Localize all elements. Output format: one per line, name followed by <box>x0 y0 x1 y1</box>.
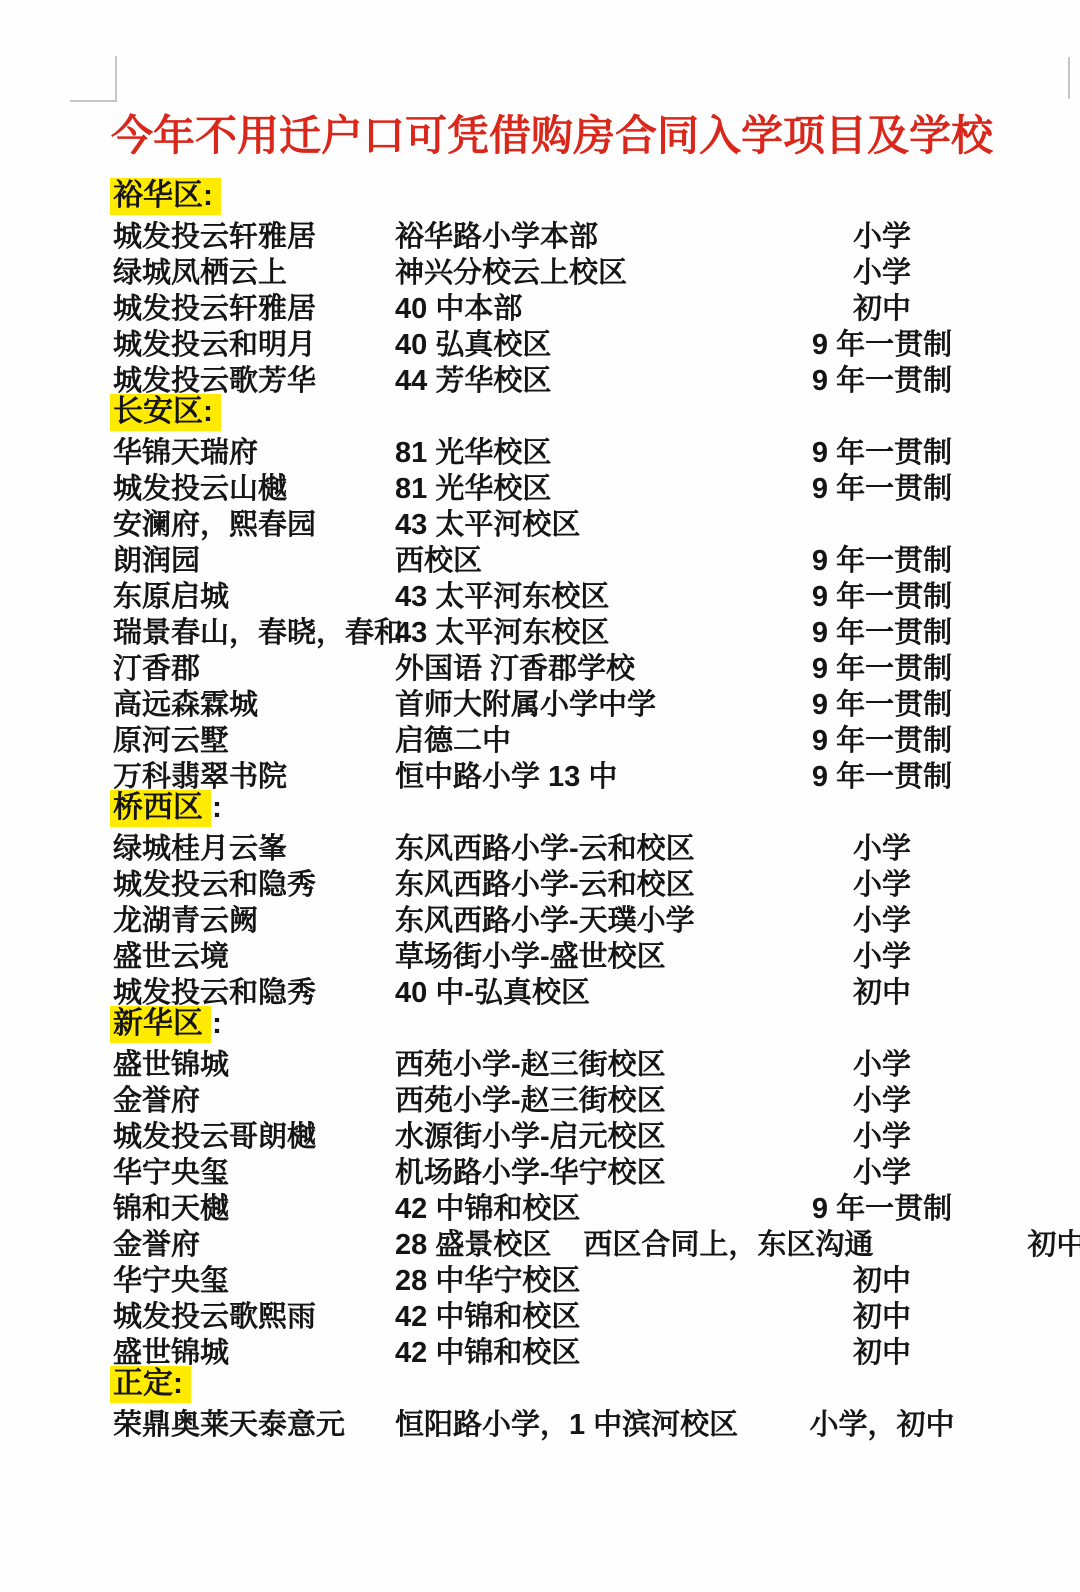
project-name: 城发投云和隐秀 <box>113 862 395 903</box>
school-name: 水源街小学-启元校区 <box>395 1114 776 1155</box>
school-type: 初中 <box>776 1294 988 1335</box>
school-type: 小学 <box>776 862 988 903</box>
project-name: 华锦天瑞府 <box>113 430 395 471</box>
project-name: 金誉府 <box>113 1078 395 1119</box>
school-name: 28 中华宁校区 <box>395 1258 776 1299</box>
school-type: 9 年一贯制 <box>776 574 988 615</box>
table-row: 城发投云和隐秀40 中-弘真校区初中 <box>113 970 988 1006</box>
section-header: 长安区: <box>113 394 988 430</box>
school-type: 9 年一贯制 <box>776 538 988 579</box>
project-name: 城发投云轩雅居 <box>113 214 395 255</box>
table-row: 盛世云境草场街小学-盛世校区小学 <box>113 934 988 970</box>
school-name: 神兴分校云上校区 <box>395 250 776 291</box>
section-name-colon: : <box>211 1007 222 1041</box>
school-name: 43 太平河校区 <box>395 502 776 543</box>
school-name: 42 中锦和校区 <box>395 1294 776 1335</box>
table-row: 城发投云山樾81 光华校区9 年一贯制 <box>113 466 988 502</box>
section-header: 新华区: <box>113 1006 988 1042</box>
table-row: 盛世锦城西苑小学-赵三街校区小学 <box>113 1042 988 1078</box>
school-name: 裕华路小学本部 <box>395 214 776 255</box>
school-type: 小学 <box>776 214 988 255</box>
table-row: 城发投云歌熙雨42 中锦和校区初中 <box>113 1294 988 1330</box>
project-name: 安澜府，熙春园 <box>113 502 395 543</box>
school-name: 启德二中 <box>395 718 776 759</box>
school-type: 初中 <box>873 1222 1080 1263</box>
project-name: 汀香郡 <box>113 646 395 687</box>
school-name: 西苑小学-赵三街校区 <box>395 1042 776 1083</box>
table-row: 盛世锦城42 中锦和校区初中 <box>113 1330 988 1366</box>
school-type: 9 年一贯制 <box>776 466 988 507</box>
school-type: 9 年一贯制 <box>776 754 988 795</box>
project-name: 城发投云歌熙雨 <box>113 1294 395 1335</box>
school-type: 初中 <box>776 1330 988 1371</box>
school-type: 9 年一贯制 <box>776 610 988 651</box>
project-name: 荣鼎奥莱天泰意元 <box>113 1402 395 1443</box>
project-name: 绿城桂月云峯 <box>113 826 395 867</box>
section-name-highlight: 正定: <box>110 1366 191 1403</box>
school-name: 43 太平河东校区 <box>395 610 776 651</box>
table-row: 绿城桂月云峯东风西路小学-云和校区小学 <box>113 826 988 862</box>
table-row: 华宁央玺机场路小学-华宁校区小学 <box>113 1150 988 1186</box>
project-name: 城发投云轩雅居 <box>113 286 395 327</box>
table-row: 绿城凤栖云上神兴分校云上校区小学 <box>113 250 988 286</box>
table-row: 城发投云歌芳华44 芳华校区9 年一贯制 <box>113 358 988 394</box>
project-name: 盛世云境 <box>113 934 395 975</box>
page-corner-mark-right <box>1068 57 1080 99</box>
table-row: 汀香郡外国语 汀香郡学校9 年一贯制 <box>113 646 988 682</box>
school-type: 小学，初中 <box>776 1402 988 1443</box>
school-type: 小学 <box>776 826 988 867</box>
school-type: 9 年一贯制 <box>776 322 988 363</box>
table-row: 万科翡翠书院恒中路小学 13 中9 年一贯制 <box>113 754 988 790</box>
school-name: 西校区 <box>395 538 776 579</box>
project-name: 锦和天樾 <box>113 1186 395 1227</box>
school-name: 81 光华校区 <box>395 430 776 471</box>
section-name-colon: : <box>211 791 222 825</box>
school-name: 机场路小学-华宁校区 <box>395 1150 776 1191</box>
school-list: 裕华区:城发投云轩雅居裕华路小学本部小学绿城凤栖云上神兴分校云上校区小学城发投云… <box>113 178 988 1438</box>
school-name: 东风西路小学-天璞小学 <box>395 898 776 939</box>
row-note: 西区合同上，东区沟通 <box>583 1229 873 1261</box>
school-type: 9 年一贯制 <box>776 682 988 723</box>
table-row: 华宁央玺28 中华宁校区初中 <box>113 1258 988 1294</box>
table-row: 城发投云和明月40 弘真校区9 年一贯制 <box>113 322 988 358</box>
school-name: 东风西路小学-云和校区 <box>395 862 776 903</box>
section-name-highlight: 长安区: <box>110 394 221 431</box>
school-type: 9 年一贯制 <box>776 430 988 471</box>
project-name: 绿城凤栖云上 <box>113 250 395 291</box>
table-row: 华锦天瑞府81 光华校区9 年一贯制 <box>113 430 988 466</box>
school-type: 小学 <box>776 1042 988 1083</box>
project-name: 金誉府 <box>113 1222 395 1263</box>
project-name: 城发投云山樾 <box>113 466 395 507</box>
page-corner-mark-left <box>70 56 117 102</box>
section-header: 桥西区: <box>113 790 988 826</box>
school-type: 9 年一贯制 <box>776 358 988 399</box>
table-row: 城发投云轩雅居裕华路小学本部小学 <box>113 214 988 250</box>
school-type: 初中 <box>776 286 988 327</box>
school-name: 西苑小学-赵三街校区 <box>395 1078 776 1119</box>
school-name: 恒阳路小学，1 中滨河校区 <box>395 1402 776 1443</box>
section-name-highlight: 桥西区 <box>110 790 211 827</box>
project-name: 原河云墅 <box>113 718 395 759</box>
page-title: 今年不用迁户口可凭借购房合同入学项目及学校 <box>111 112 993 160</box>
table-row: 城发投云和隐秀东风西路小学-云和校区小学 <box>113 862 988 898</box>
section-name-highlight: 新华区 <box>110 1006 211 1043</box>
school-name: 28 盛景校区西区合同上，东区沟通 <box>395 1222 873 1263</box>
table-row: 原河云墅启德二中9 年一贯制 <box>113 718 988 754</box>
school-name: 81 光华校区 <box>395 466 776 507</box>
school-type: 9 年一贯制 <box>776 718 988 759</box>
project-name: 城发投云哥朗樾 <box>113 1114 395 1155</box>
project-name: 华宁央玺 <box>113 1258 395 1299</box>
section-header: 裕华区: <box>113 178 988 214</box>
school-type: 小学 <box>776 898 988 939</box>
school-type: 小学 <box>776 1078 988 1119</box>
school-name: 42 中锦和校区 <box>395 1186 776 1227</box>
school-type: 小学 <box>776 1150 988 1191</box>
table-row: 龙湖青云阙东风西路小学-天璞小学小学 <box>113 898 988 934</box>
document-page: 今年不用迁户口可凭借购房合同入学项目及学校 裕华区:城发投云轩雅居裕华路小学本部… <box>0 0 1080 1592</box>
table-row: 锦和天樾42 中锦和校区9 年一贯制 <box>113 1186 988 1222</box>
project-name: 东原启城 <box>113 574 395 615</box>
table-row: 城发投云轩雅居40 中本部初中 <box>113 286 988 322</box>
school-name: 40 中-弘真校区 <box>395 970 776 1011</box>
table-row: 荣鼎奥莱天泰意元恒阳路小学，1 中滨河校区小学，初中 <box>113 1402 988 1438</box>
table-row: 安澜府，熙春园43 太平河校区 <box>113 502 988 538</box>
table-row: 东原启城43 太平河东校区9 年一贯制 <box>113 574 988 610</box>
table-row: 瑞景春山，春晓，春和43 太平河东校区9 年一贯制 <box>113 610 988 646</box>
school-name: 40 中本部 <box>395 286 776 327</box>
school-type: 小学 <box>776 250 988 291</box>
school-name: 40 弘真校区 <box>395 322 776 363</box>
school-name: 恒中路小学 13 中 <box>395 754 776 795</box>
school-type: 9 年一贯制 <box>776 1186 988 1227</box>
school-name: 外国语 汀香郡学校 <box>395 646 776 687</box>
school-type: 9 年一贯制 <box>776 646 988 687</box>
project-name: 龙湖青云阙 <box>113 898 395 939</box>
project-name: 华宁央玺 <box>113 1150 395 1191</box>
section-name-highlight: 裕华区: <box>110 178 221 215</box>
school-name: 东风西路小学-云和校区 <box>395 826 776 867</box>
school-name: 草场街小学-盛世校区 <box>395 934 776 975</box>
school-name: 43 太平河东校区 <box>395 574 776 615</box>
project-name: 朗润园 <box>113 538 395 579</box>
table-row: 高远森霖城首师大附属小学中学9 年一贯制 <box>113 682 988 718</box>
table-row: 城发投云哥朗樾水源街小学-启元校区小学 <box>113 1114 988 1150</box>
table-row: 朗润园西校区9 年一贯制 <box>113 538 988 574</box>
school-name: 首师大附属小学中学 <box>395 682 776 723</box>
school-type: 初中 <box>776 970 988 1011</box>
school-name: 42 中锦和校区 <box>395 1330 776 1371</box>
table-row: 金誉府28 盛景校区西区合同上，东区沟通初中 <box>113 1222 988 1258</box>
project-name: 盛世锦城 <box>113 1042 395 1083</box>
table-row: 金誉府西苑小学-赵三街校区小学 <box>113 1078 988 1114</box>
project-name: 瑞景春山，春晓，春和 <box>113 610 395 651</box>
project-name: 城发投云和明月 <box>113 322 395 363</box>
school-type: 小学 <box>776 1114 988 1155</box>
school-type: 初中 <box>776 1258 988 1299</box>
project-name: 高远森霖城 <box>113 682 395 723</box>
section-header: 正定: <box>113 1366 988 1402</box>
school-type: 小学 <box>776 934 988 975</box>
school-name: 44 芳华校区 <box>395 358 776 399</box>
